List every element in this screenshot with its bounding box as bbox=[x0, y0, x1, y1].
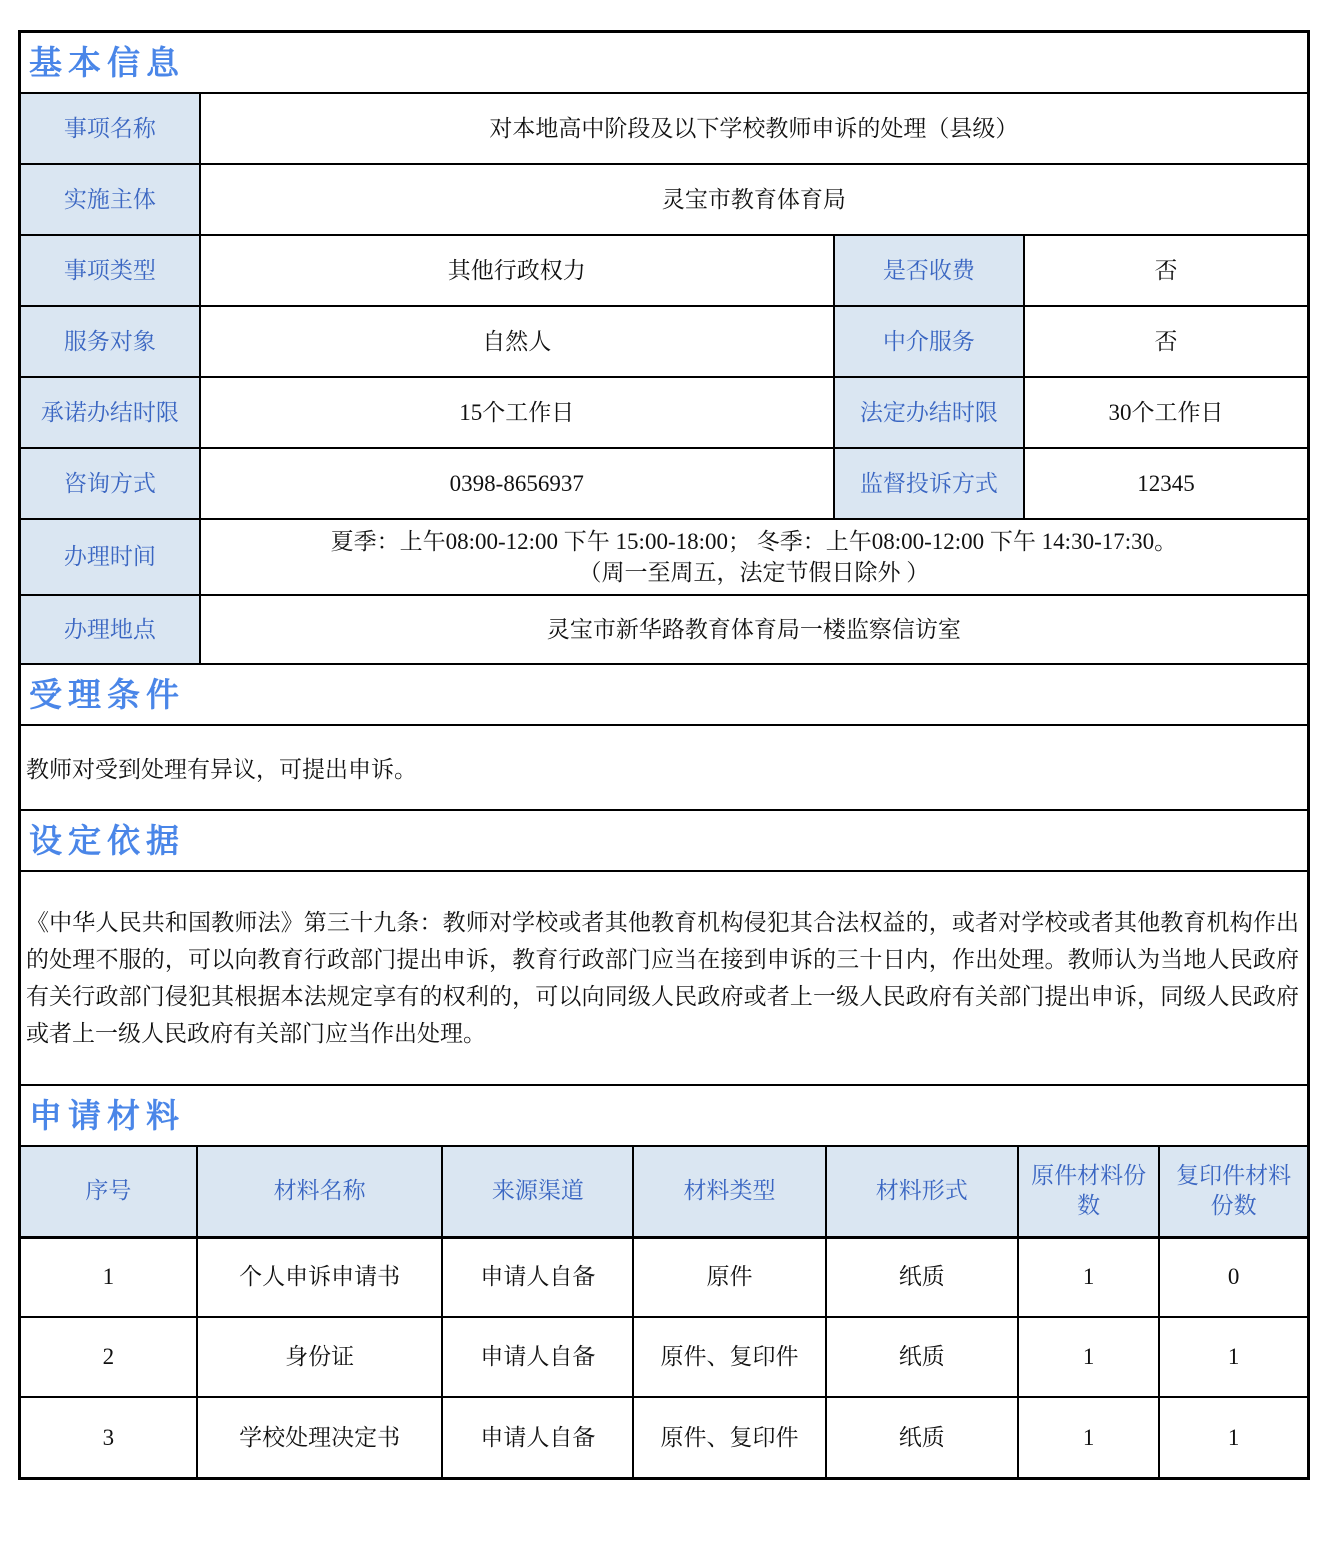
table-row: 1 个人申诉申请书 申请人自备 原件 纸质 1 0 bbox=[21, 1237, 1307, 1317]
field-value: 12345 bbox=[1024, 448, 1307, 519]
materials-cell: 1 bbox=[1159, 1397, 1307, 1477]
section-title-basis: 设定依据 bbox=[21, 811, 1307, 870]
column-header: 复印件材料份数 bbox=[1159, 1146, 1307, 1237]
materials-header-row: 序号 材料名称 来源渠道 材料类型 材料形式 原件材料份数 复印件材料份数 bbox=[21, 1146, 1307, 1237]
field-label: 咨询方式 bbox=[21, 448, 200, 519]
materials-cell: 1 bbox=[1018, 1317, 1159, 1397]
section-title-materials: 申请材料 bbox=[21, 1086, 1307, 1145]
materials-cell: 申请人自备 bbox=[442, 1397, 633, 1477]
field-label: 是否收费 bbox=[834, 235, 1024, 306]
table-row: 事项名称 对本地高中阶段及以下学校教师申诉的处理（县级） bbox=[21, 93, 1307, 164]
field-value: 15个工作日 bbox=[200, 377, 834, 448]
field-label: 服务对象 bbox=[21, 306, 200, 377]
materials-cell: 纸质 bbox=[826, 1397, 1018, 1477]
office-hours-line2: （周一至周五，法定节假日除外 ） bbox=[207, 557, 1301, 588]
table-row: 2 身份证 申请人自备 原件、复印件 纸质 1 1 bbox=[21, 1317, 1307, 1397]
materials-cell: 学校处理决定书 bbox=[197, 1397, 443, 1477]
table-row: 事项类型 其他行政权力 是否收费 否 bbox=[21, 235, 1307, 306]
field-value: 自然人 bbox=[200, 306, 834, 377]
materials-cell: 2 bbox=[21, 1317, 197, 1397]
materials-table: 序号 材料名称 来源渠道 材料类型 材料形式 原件材料份数 复印件材料份数 1 … bbox=[21, 1145, 1307, 1477]
materials-cell: 原件、复印件 bbox=[633, 1317, 825, 1397]
field-value: 否 bbox=[1024, 235, 1307, 306]
field-value: 30个工作日 bbox=[1024, 377, 1307, 448]
table-row: 实施主体 灵宝市教育体育局 bbox=[21, 164, 1307, 235]
field-label: 事项类型 bbox=[21, 235, 200, 306]
materials-cell: 原件、复印件 bbox=[633, 1397, 825, 1477]
service-info-document: 基本信息 事项名称 对本地高中阶段及以下学校教师申诉的处理（县级） 实施主体 灵… bbox=[18, 30, 1310, 1480]
field-label: 办理地点 bbox=[21, 595, 200, 664]
materials-cell: 纸质 bbox=[826, 1317, 1018, 1397]
field-value: 否 bbox=[1024, 306, 1307, 377]
column-header: 序号 bbox=[21, 1146, 197, 1237]
basis-content: 《中华人民共和国教师法》第三十九条：教师对学校或者其他教育机构侵犯其合法权益的，… bbox=[21, 870, 1307, 1086]
column-header: 材料形式 bbox=[826, 1146, 1018, 1237]
field-value: 对本地高中阶段及以下学校教师申诉的处理（县级） bbox=[200, 93, 1307, 164]
materials-cell: 1 bbox=[1159, 1317, 1307, 1397]
materials-cell: 纸质 bbox=[826, 1237, 1018, 1317]
materials-cell: 3 bbox=[21, 1397, 197, 1477]
acceptance-content: 教师对受到处理有异议，可提出申诉。 bbox=[21, 724, 1307, 811]
column-header: 来源渠道 bbox=[442, 1146, 633, 1237]
field-value: 夏季：上午08:00-12:00 下午 15:00-18:00； 冬季：上午08… bbox=[200, 519, 1307, 595]
office-hours-line1: 夏季：上午08:00-12:00 下午 15:00-18:00； 冬季：上午08… bbox=[207, 526, 1301, 557]
field-value: 灵宝市教育体育局 bbox=[200, 164, 1307, 235]
table-row: 承诺办结时限 15个工作日 法定办结时限 30个工作日 bbox=[21, 377, 1307, 448]
basic-info-table: 事项名称 对本地高中阶段及以下学校教师申诉的处理（县级） 实施主体 灵宝市教育体… bbox=[21, 92, 1307, 665]
materials-cell: 申请人自备 bbox=[442, 1317, 633, 1397]
table-row: 办理地点 灵宝市新华路教育体育局一楼监察信访室 bbox=[21, 595, 1307, 664]
materials-cell: 个人申诉申请书 bbox=[197, 1237, 443, 1317]
materials-cell: 申请人自备 bbox=[442, 1237, 633, 1317]
column-header: 材料类型 bbox=[633, 1146, 825, 1237]
materials-cell: 1 bbox=[1018, 1397, 1159, 1477]
materials-cell: 1 bbox=[21, 1237, 197, 1317]
field-label: 中介服务 bbox=[834, 306, 1024, 377]
column-header: 材料名称 bbox=[197, 1146, 443, 1237]
field-label: 办理时间 bbox=[21, 519, 200, 595]
column-header: 原件材料份数 bbox=[1018, 1146, 1159, 1237]
field-label: 事项名称 bbox=[21, 93, 200, 164]
field-label: 监督投诉方式 bbox=[834, 448, 1024, 519]
field-label: 实施主体 bbox=[21, 164, 200, 235]
field-label: 承诺办结时限 bbox=[21, 377, 200, 448]
materials-cell: 0 bbox=[1159, 1237, 1307, 1317]
materials-cell: 原件 bbox=[633, 1237, 825, 1317]
table-row: 服务对象 自然人 中介服务 否 bbox=[21, 306, 1307, 377]
field-value: 灵宝市新华路教育体育局一楼监察信访室 bbox=[200, 595, 1307, 664]
field-label: 法定办结时限 bbox=[834, 377, 1024, 448]
section-title-basic-info: 基本信息 bbox=[21, 33, 1307, 92]
table-row: 3 学校处理决定书 申请人自备 原件、复印件 纸质 1 1 bbox=[21, 1397, 1307, 1477]
field-value: 0398-8656937 bbox=[200, 448, 834, 519]
table-row: 办理时间 夏季：上午08:00-12:00 下午 15:00-18:00； 冬季… bbox=[21, 519, 1307, 595]
materials-cell: 身份证 bbox=[197, 1317, 443, 1397]
section-title-acceptance: 受理条件 bbox=[21, 665, 1307, 724]
table-row: 咨询方式 0398-8656937 监督投诉方式 12345 bbox=[21, 448, 1307, 519]
materials-cell: 1 bbox=[1018, 1237, 1159, 1317]
field-value: 其他行政权力 bbox=[200, 235, 834, 306]
